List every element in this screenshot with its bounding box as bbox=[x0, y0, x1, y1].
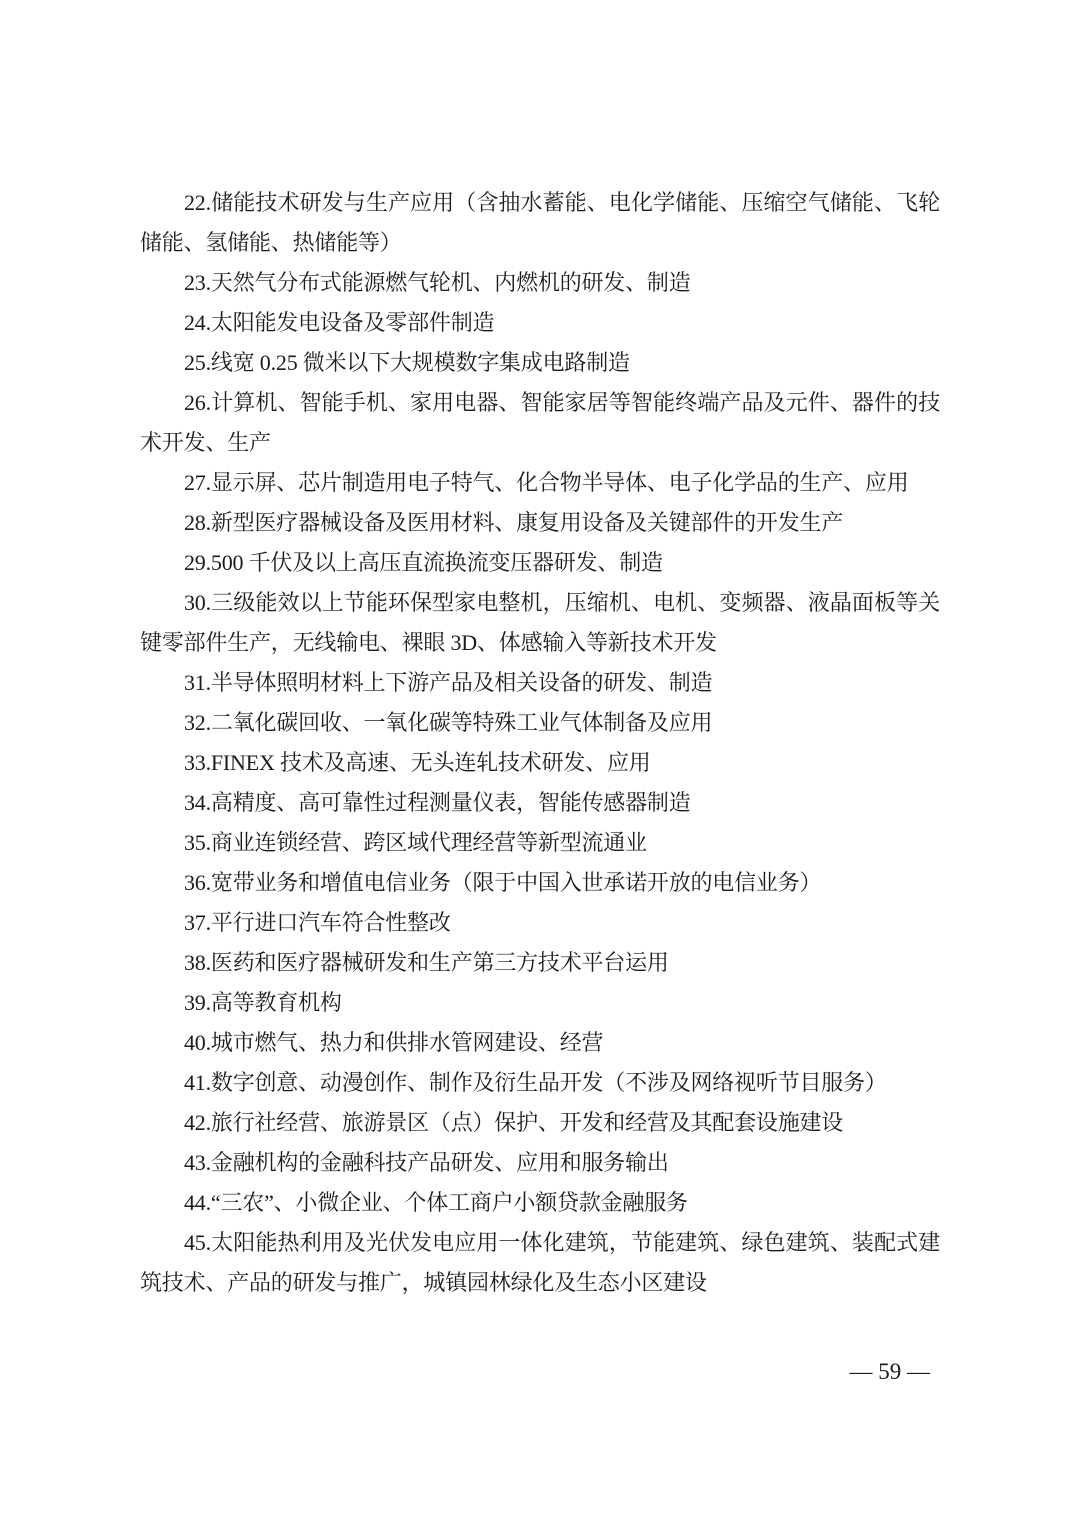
catalog-item-40: 40.城市燃气、热力和供排水管网建设、经营 bbox=[140, 1023, 940, 1063]
catalog-item-27: 27.显示屏、芯片制造用电子特气、化合物半导体、电子化学品的生产、应用 bbox=[140, 463, 940, 503]
catalog-item-34: 34.高精度、高可靠性过程测量仪表，智能传感器制造 bbox=[140, 783, 940, 823]
catalog-item-list: 22.储能技术研发与生产应用（含抽水蓄能、电化学储能、压缩空气储能、飞轮储能、氢… bbox=[140, 183, 940, 1303]
catalog-item-43: 43.金融机构的金融科技产品研发、应用和服务输出 bbox=[140, 1143, 940, 1183]
catalog-item-38: 38.医药和医疗器械研发和生产第三方技术平台运用 bbox=[140, 943, 940, 983]
catalog-item-24: 24.太阳能发电设备及零部件制造 bbox=[140, 303, 940, 343]
catalog-item-28: 28.新型医疗器械设备及医用材料、康复用设备及关键部件的开发生产 bbox=[140, 503, 940, 543]
page-number: — 59 — bbox=[850, 1357, 931, 1387]
catalog-item-44: 44.“三农”、小微企业、个体工商户小额贷款金融服务 bbox=[140, 1183, 940, 1223]
catalog-item-35: 35.商业连锁经营、跨区域代理经营等新型流通业 bbox=[140, 823, 940, 863]
catalog-item-25: 25.线宽 0.25 微米以下大规模数字集成电路制造 bbox=[140, 343, 940, 383]
catalog-item-32: 32.二氧化碳回收、一氧化碳等特殊工业气体制备及应用 bbox=[140, 703, 940, 743]
catalog-item-45: 45.太阳能热利用及光伏发电应用一体化建筑，节能建筑、绿色建筑、装配式建筑技术、… bbox=[140, 1223, 940, 1303]
catalog-item-30: 30.三级能效以上节能环保型家电整机，压缩机、电机、变频器、液晶面板等关键零部件… bbox=[140, 583, 940, 663]
catalog-item-23: 23.天然气分布式能源燃气轮机、内燃机的研发、制造 bbox=[140, 263, 940, 303]
catalog-item-33: 33.FINEX 技术及高速、无头连轧技术研发、应用 bbox=[140, 743, 940, 783]
catalog-item-31: 31.半导体照明材料上下游产品及相关设备的研发、制造 bbox=[140, 663, 940, 703]
catalog-item-41: 41.数字创意、动漫创作、制作及衍生品开发（不涉及网络视听节目服务） bbox=[140, 1063, 940, 1103]
catalog-item-39: 39.高等教育机构 bbox=[140, 983, 940, 1023]
catalog-item-29: 29.500 千伏及以上高压直流换流变压器研发、制造 bbox=[140, 543, 940, 583]
document-page: 22.储能技术研发与生产应用（含抽水蓄能、电化学储能、压缩空气储能、飞轮储能、氢… bbox=[0, 0, 1074, 1520]
catalog-item-36: 36.宽带业务和增值电信业务（限于中国入世承诺开放的电信业务） bbox=[140, 863, 940, 903]
catalog-item-22: 22.储能技术研发与生产应用（含抽水蓄能、电化学储能、压缩空气储能、飞轮储能、氢… bbox=[140, 183, 940, 263]
catalog-item-37: 37.平行进口汽车符合性整改 bbox=[140, 903, 940, 943]
catalog-item-42: 42.旅行社经营、旅游景区（点）保护、开发和经营及其配套设施建设 bbox=[140, 1103, 940, 1143]
catalog-item-26: 26.计算机、智能手机、家用电器、智能家居等智能终端产品及元件、器件的技术开发、… bbox=[140, 383, 940, 463]
